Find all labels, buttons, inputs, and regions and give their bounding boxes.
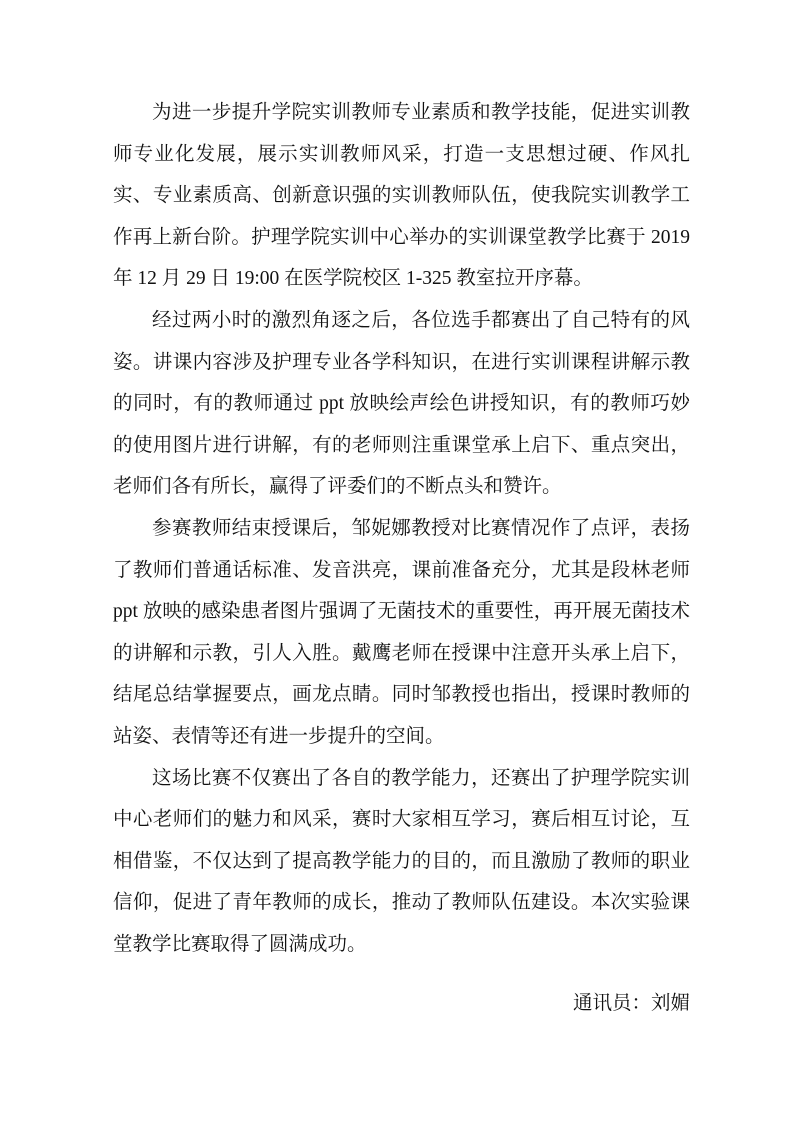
document-page: 为进一步提升学院实训教师专业素质和教学技能，促进实训教师专业化发展，展示实训教师… [0, 0, 793, 1122]
paragraph-expert-review: 参赛教师结束授课后，邹妮娜教授对比赛情况作了点评，表扬了教师们普通话标准、发音洪… [113, 508, 690, 758]
document-body: 为进一步提升学院实训教师专业素质和教学技能，促进实训教师专业化发展，展示实训教师… [113, 92, 690, 1025]
paragraph-contest-process: 经过两小时的激烈角逐之后，各位选手都赛出了自己特有的风姿。讲课内容涉及护理专业各… [113, 300, 690, 508]
paragraph-conclusion: 这场比赛不仅赛出了各自的教学能力，还赛出了护理学院实训中心老师们的魅力和风采，赛… [113, 758, 690, 966]
signature-line: 通讯员：刘媚 [113, 983, 690, 1025]
paragraph-intro: 为进一步提升学院实训教师专业素质和教学技能，促进实训教师专业化发展，展示实训教师… [113, 92, 690, 300]
